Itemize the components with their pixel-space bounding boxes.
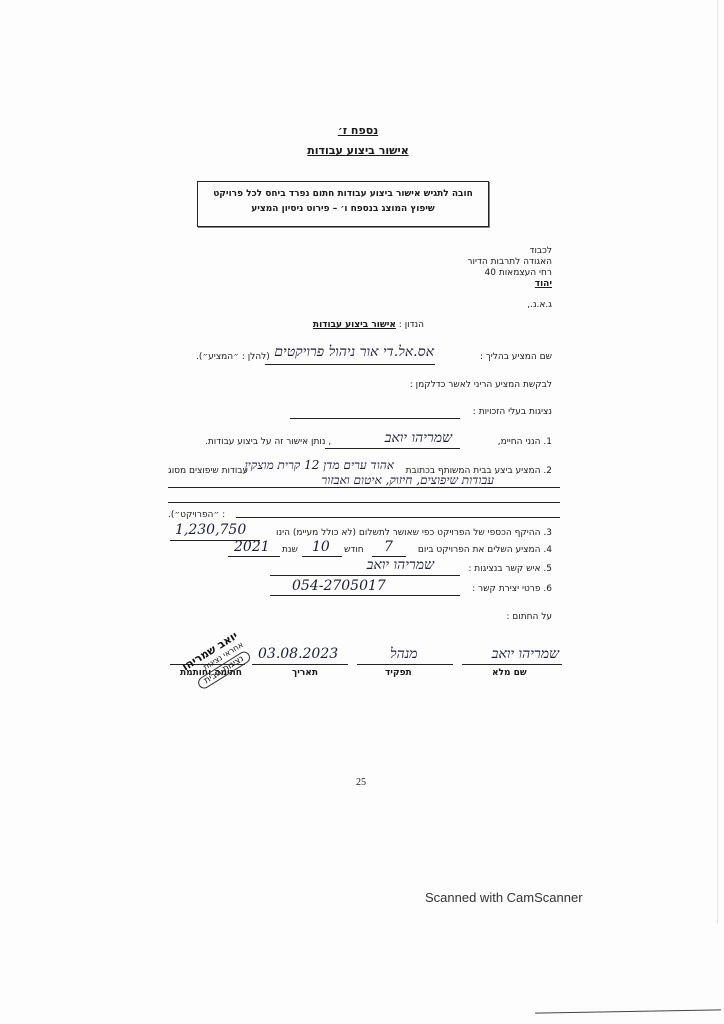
request-line: לבקשת המציע הריני לאשר כדלקמן : <box>410 380 552 390</box>
item-2-line-3 <box>236 517 560 518</box>
notice-box: חובה לתגיש אישור ביצוע עבודות חתום נפרד … <box>197 181 489 227</box>
form-title: אישור ביצוע עבודות <box>258 144 458 157</box>
item-4-month-line <box>302 556 342 557</box>
signature-stamp: יואב שמריהו אחראי נציגות נציגות הבית <box>153 629 263 726</box>
role-value[interactable]: מנהל <box>390 646 418 663</box>
role-label: תפקיד <box>385 668 412 678</box>
full-name-label: שם מלא <box>492 668 527 678</box>
item-3: 3. ההיקף הכספי של הפרויקט כפי שאושר לתשל… <box>276 528 552 538</box>
item-4-month-label: חודש <box>344 545 364 555</box>
item-4-year-value[interactable]: 2021 <box>234 539 270 555</box>
item-4-year-line <box>228 556 280 557</box>
scan-edge-line <box>535 1009 721 1013</box>
bidder-suffix: (להלן : ״המציע״). <box>196 352 270 362</box>
addressee-street: רחי העצמאות 40 <box>352 268 552 279</box>
full-name-line <box>462 664 562 665</box>
page-edge <box>717 0 718 924</box>
addressee-block: לכבוד האגודה לתרבות הדיור רחי העצמאות 40… <box>352 246 552 290</box>
item-5-value[interactable]: שמריהו יואב <box>367 557 434 574</box>
subject-text: אישור ביצוע עבודות <box>313 320 396 330</box>
subject-line: הנדון : אישור ביצוע עבודות <box>313 320 424 330</box>
representation-label: נציגות בעלי הזכויות : <box>473 407 552 417</box>
item-6-value[interactable]: 054-2705017 <box>292 578 386 594</box>
item-5: 5. איש קשר בנציגות : <box>468 564 552 574</box>
item-1: 1. הנני החיימ, <box>498 437 552 447</box>
notice-line-1: חובה לתגיש אישור ביצוע עבודות חתום נפרד … <box>198 189 488 199</box>
addressee-org: האגודה לתרבות הדיור <box>352 257 552 268</box>
item-1-value[interactable]: שמריהו יואב <box>385 430 452 447</box>
item-2-line-2 <box>168 502 560 503</box>
date-value[interactable]: 03.08.2023 <box>258 646 338 662</box>
item-2-post: עבודות שיפוצים מסוג <box>168 466 248 476</box>
item-4-month-value[interactable]: 7 <box>384 539 393 555</box>
item-3-value[interactable]: 1,230,750 <box>175 522 246 538</box>
item-1-post: , נותן אישור זה על ביצוע עבודות. <box>205 437 331 447</box>
bidder-line <box>265 364 435 365</box>
item-6-line <box>270 595 460 596</box>
addressee-to: לכבוד <box>352 246 552 257</box>
subject-label: הנדון : <box>399 320 424 330</box>
item-4-year-label: שנת <box>282 545 298 555</box>
item-6: 6. פרטי יצירת קשר : <box>472 584 552 594</box>
item-1-line <box>325 448 460 449</box>
item-4-year-num[interactable]: 10 <box>312 539 330 555</box>
item-2-address[interactable]: אהוד ערים מדן 12 קרית מוצקין <box>245 458 394 473</box>
representation-line[interactable] <box>290 418 460 419</box>
signature-label: על החתום : <box>506 612 552 622</box>
addressee-city: יהוד <box>352 279 552 290</box>
appendix-title: נספח ז׳ <box>258 124 458 137</box>
scanned-page: נספח ז׳ אישור ביצוע עבודות חובה לתגיש אי… <box>0 0 724 1024</box>
bidder-value[interactable]: אס.אל.די אור ניהול פרויקטים <box>274 344 434 361</box>
date-label: תאריך <box>292 668 318 678</box>
bidder-label: שם המציע בהליך : <box>480 352 552 362</box>
notice-line-2: שיפוץ המוצג בנספח ו׳ – פירוט ניסיון המצי… <box>198 204 488 214</box>
item-4: 4. המציע השלים את הפרויקט ביום <box>418 545 552 555</box>
page-number: 25 <box>356 777 366 788</box>
date-line <box>252 664 348 665</box>
item-5-line <box>270 575 460 576</box>
camscanner-watermark: Scanned with CamScanner <box>425 890 583 905</box>
full-name-value[interactable]: שמריהו יואב <box>492 646 559 663</box>
role-line <box>357 664 453 665</box>
greeting: ג.א.נ., <box>527 300 552 310</box>
item-2-suffix: : ״הפרויקט״). <box>168 510 225 520</box>
item-2-work-type[interactable]: עבודות שיפוצים, חיזוק, איטום ואבזור <box>321 473 494 488</box>
